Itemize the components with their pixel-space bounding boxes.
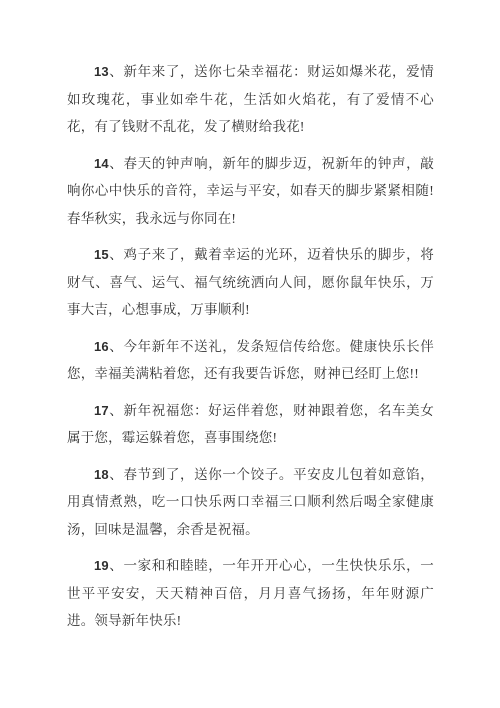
paragraph-15: 15、鸡子来了，戴着幸运的光环，迈着快乐的脚步，将财气、喜气、运气、福气统统洒向…: [67, 241, 434, 324]
paragraph-text: 、鸡子来了，戴着幸运的光环，迈着快乐的脚步，将财气、喜气、运气、福气统统洒向人间…: [67, 247, 434, 317]
paragraph-text: 、新年来了，送你七朵幸福花：财运如爆米花，爱情如玫瑰花，事业如牵牛花，生活如火焰…: [67, 64, 434, 134]
paragraph-number: 13: [94, 64, 109, 79]
paragraph-13: 13、新年来了，送你七朵幸福花：财运如爆米花，爱情如玫瑰花，事业如牵牛花，生活如…: [67, 58, 434, 141]
paragraph-number: 19: [94, 558, 109, 573]
paragraph-number: 16: [94, 339, 109, 354]
paragraph-18: 18、春节到了，送你一个饺子。平安皮儿包着如意馅，用真情煮熟，吃一口快乐两口幸福…: [67, 461, 434, 544]
paragraph-number: 15: [94, 247, 109, 262]
paragraph-text: 、春天的钟声响，新年的脚步迈，祝新年的钟声，敲响你心中快乐的音符，幸运与平安，如…: [67, 156, 434, 226]
paragraph-16: 16、今年新年不送礼，发条短信传给您。健康快乐长伴您，幸福美满粘着您，还有我要告…: [67, 333, 434, 388]
paragraph-number: 17: [94, 403, 109, 418]
document-page: 13、新年来了，送你七朵幸福花：财运如爆米花，爱情如玫瑰花，事业如牵牛花，生活如…: [0, 0, 500, 708]
paragraph-17: 17、新年祝福您：好运伴着您，财神跟着您，名车美女属于您，霉运躲着您，喜事围绕您…: [67, 397, 434, 452]
paragraph-number: 14: [94, 156, 109, 171]
paragraph-14: 14、春天的钟声响，新年的脚步迈，祝新年的钟声，敲响你心中快乐的音符，幸运与平安…: [67, 150, 434, 233]
paragraph-19: 19、一家和和睦睦，一年开开心心，一生快快乐乐，一世平平安安，天天精神百倍，月月…: [67, 552, 434, 635]
paragraph-text: 、春节到了，送你一个饺子。平安皮儿包着如意馅，用真情煮熟，吃一口快乐两口幸福三口…: [67, 467, 434, 537]
paragraph-text: 、今年新年不送礼，发条短信传给您。健康快乐长伴您，幸福美满粘着您，还有我要告诉您…: [67, 339, 434, 382]
paragraph-text: 、新年祝福您：好运伴着您，财神跟着您，名车美女属于您，霉运躲着您，喜事围绕您!: [67, 403, 434, 446]
paragraph-number: 18: [94, 467, 109, 482]
paragraph-text: 、一家和和睦睦，一年开开心心，一生快快乐乐，一世平平安安，天天精神百倍，月月喜气…: [67, 558, 434, 628]
